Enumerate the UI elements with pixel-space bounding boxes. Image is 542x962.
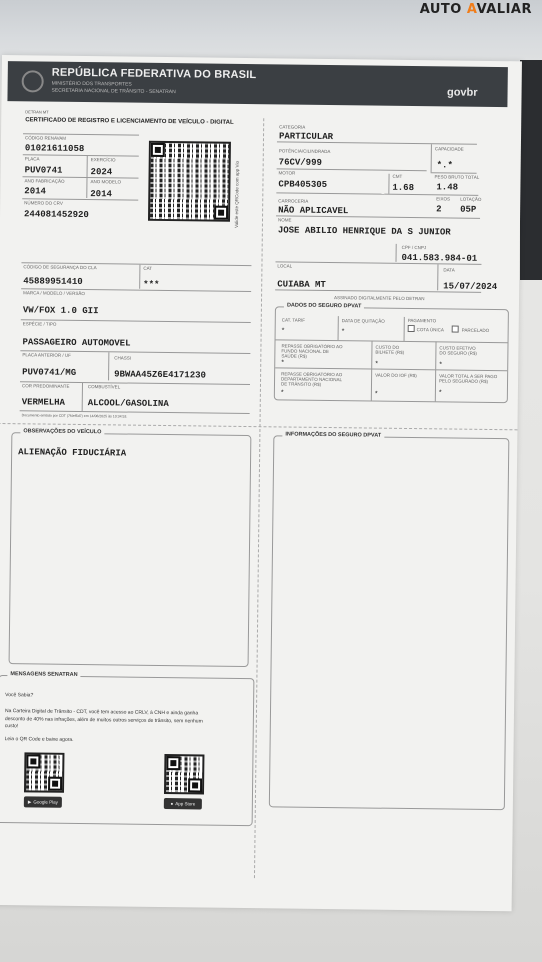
custo-efetivo-label: CUSTO EFETIVO DO SEGURO (R$) (439, 345, 479, 355)
categoria-value: PARTICULAR (279, 131, 333, 142)
especie-value: PASSAGEIRO AUTOMOVEL (22, 337, 130, 348)
cmt-value: 1.68 (392, 183, 414, 193)
crlv-document: REPÚBLICA FEDERATIVA DO BRASIL MINISTÉRI… (0, 55, 522, 911)
ano-modelo-label: ANO MODELO (90, 179, 121, 184)
repasse-saude-value: * (281, 359, 284, 366)
lotacao-label: LOTAÇÃO (460, 197, 481, 202)
peso-label: PESO BRUTO TOTAL (435, 174, 480, 180)
cmt-label: CMT (393, 174, 403, 179)
dpvat-title: DADOS DO SEGURO DPVAT (284, 302, 364, 309)
cla-value: 45889951410 (23, 276, 83, 287)
nome-label: NOME (278, 217, 292, 222)
eixos-label: EIXOS (436, 196, 450, 201)
eixos-value: 2 (436, 204, 442, 214)
qr-caption: Valide este QRCode com app Vio (234, 161, 240, 228)
mensagens-title: MENSAGENS SENATRAN (7, 671, 80, 678)
app-store-badge[interactable]: ●App Store (164, 798, 202, 809)
cor-value: VERMELHA (22, 397, 65, 408)
lotacao-value: 05P (460, 205, 476, 215)
combustivel-value: ALCOOL/GASOLINA (88, 398, 169, 409)
marca-label: MARCA / MODELO / VERSÃO (23, 290, 85, 296)
local-value: CUIABA MT (277, 279, 326, 290)
data-label: DATA (443, 267, 454, 272)
cor-label: COR PREDOMINANTE (22, 383, 70, 389)
total-value: * (439, 389, 442, 396)
peso-value: 1.48 (436, 182, 458, 192)
local-label: LOCAL (277, 263, 292, 268)
renavam-value: 01021611058 (25, 143, 85, 154)
marca-value: VW/FOX 1.0 GII (23, 305, 99, 316)
mensagens-question: Você Sabia? (5, 692, 33, 700)
crv-label: NÚMERO DO CRV (24, 200, 63, 205)
renavam-label: CÓDIGO RENAVAM (25, 135, 66, 141)
ano-fabricacao-value: 2014 (24, 186, 46, 196)
banner-subtitle-1: MINISTÉRIO DOS TRANSPORTES (52, 81, 132, 88)
motor-value: CPB405305 (278, 179, 327, 190)
chassi-value: 9BWAA45Z6E4171230 (114, 369, 206, 380)
app-store-qr-code[interactable] (164, 754, 204, 794)
iof-value: * (375, 391, 378, 398)
watermark-prefix: AUTO (420, 2, 467, 17)
signed-note: ASSINADO DIGITALMENTE PELO DETRAN (334, 295, 424, 301)
emission-note: Documento emitido por CDT (7f4ef5d7) em … (22, 413, 128, 418)
document-banner: REPÚBLICA FEDERATIVA DO BRASIL MINISTÉRI… (7, 61, 507, 107)
crv-value: 244081452920 (24, 209, 89, 220)
watermark-suffix: VALIAR (477, 2, 532, 17)
cota-unica-label: COTA ÚNICA (417, 327, 444, 332)
cat-tarif-label: CAT. TARIF (282, 317, 305, 322)
iof-label: VALOR DO IOF (R$) (375, 373, 417, 379)
app-store-label: App Store (175, 801, 195, 806)
info-dpvat-title: INFORMAÇÕES DO SEGURO DPVAT (282, 431, 384, 438)
capacidade-value: *.* (437, 160, 453, 170)
validation-qr-code[interactable] (148, 141, 231, 222)
auto-avaliar-watermark: AUTO AVALIAR (420, 2, 532, 17)
placa-value: PUV0741 (25, 165, 63, 175)
brasil-seal-icon (22, 70, 44, 92)
carroceria-label: CARROCERIA (278, 198, 308, 203)
custo-bilhete-value: * (375, 361, 378, 368)
google-play-badge[interactable]: ▶Google Play (24, 796, 62, 807)
potencia-label: POTÊNCIA/CILINDRADA (279, 148, 331, 154)
doc-code: DETRAN MT (25, 109, 48, 114)
cat-tarif-value: * (282, 327, 285, 334)
google-play-qr-code[interactable] (24, 752, 64, 792)
repasse-transito-label: REPASSE OBRIGATÓRIO AO DEPARTAMENTO NACI… (281, 371, 343, 387)
mensagens-body: Na Carteira Digital de Trânsito - CDT, v… (5, 708, 215, 733)
exercicio-value: 2024 (91, 167, 113, 177)
banner-title: REPÚBLICA FEDERATIVA DO BRASIL (52, 67, 257, 81)
doc-title: CERTIFICADO DE REGISTRO E LICENCIAMENTO … (25, 117, 234, 126)
data-quitacao-value: * (342, 328, 345, 335)
dpvat-box: DADOS DO SEGURO DPVAT CAT. TARIF * DATA … (274, 306, 509, 403)
categoria-label: CATEGORIA (279, 124, 305, 129)
mensagens-box: MENSAGENS SENATRAN Você Sabia? Na Cartei… (0, 675, 254, 826)
repasse-transito-value: * (281, 389, 284, 396)
info-dpvat-box: INFORMAÇÕES DO SEGURO DPVAT (269, 435, 510, 810)
repasse-saude-label: REPASSE OBRIGATÓRIO AO FUNDO NACIONAL DE… (281, 343, 343, 359)
data-value: 15/07/2024 (443, 281, 497, 292)
chassi-label: CHASSI (114, 355, 131, 360)
govbr-logo: govbr (447, 86, 478, 98)
play-icon: ▶ (28, 799, 32, 805)
data-quitacao-label: DATA DE QUITAÇÃO (342, 318, 385, 324)
custo-bilhete-label: CUSTO DO BILHETE (R$) (375, 345, 405, 355)
potencia-value: 76CV/999 (279, 157, 322, 168)
motor-label: MOTOR (279, 170, 296, 175)
total-label: VALOR TOTAL A SER PAGO PELO SEGURADO (R$… (439, 373, 501, 384)
ano-fabricacao-label: ANO FABRICAÇÃO (24, 178, 64, 183)
watermark-accent: A (467, 2, 477, 17)
background-edge (520, 60, 542, 280)
placa-anterior-label: PLACA ANTERIOR / UF (22, 352, 71, 358)
cat-label: CAT (143, 266, 152, 271)
especie-label: ESPÉCIE / TIPO (23, 321, 57, 326)
cla-label: CÓDIGO DE SEGURANÇA DO CLA (23, 264, 96, 270)
custo-efetivo-value: * (439, 361, 442, 368)
nome-value: JOSE ABILIO HENRIQUE DA S JUNIOR (278, 225, 451, 237)
pagamento-label: PAGAMENTO (408, 318, 436, 323)
cota-unica-checkbox[interactable] (408, 325, 415, 332)
exercicio-label: EXERCÍCIO (91, 157, 116, 162)
observacoes-title: OBSERVAÇÕES DO VEÍCULO (20, 428, 104, 435)
cat-value: *** (143, 280, 159, 290)
combustivel-label: COMBUSTÍVEL (88, 384, 120, 389)
parcelado-checkbox[interactable] (452, 326, 459, 333)
observacoes-box: OBSERVAÇÕES DO VEÍCULO ALIENAÇÃO FIDUCIÁ… (9, 432, 252, 667)
google-play-label: Google Play (33, 799, 58, 804)
placa-anterior-value: PUV0741/MG (22, 367, 76, 378)
observacoes-text: ALIENAÇÃO FIDUCIÁRIA (18, 447, 126, 458)
mensagens-cta: Leia o QR Code e baixe agora. (5, 736, 74, 744)
banner-subtitle-2: SECRETARIA NACIONAL DE TRÂNSITO - SENATR… (52, 88, 176, 96)
apple-icon: ● (170, 801, 173, 806)
capacidade-label: CAPACIDADE (435, 146, 464, 151)
ano-modelo-value: 2014 (90, 189, 112, 199)
parcelado-label: PARCELADO (462, 328, 489, 333)
placa-label: PLACA (25, 156, 40, 161)
cpf-label: CPF / CNPJ (402, 245, 427, 250)
